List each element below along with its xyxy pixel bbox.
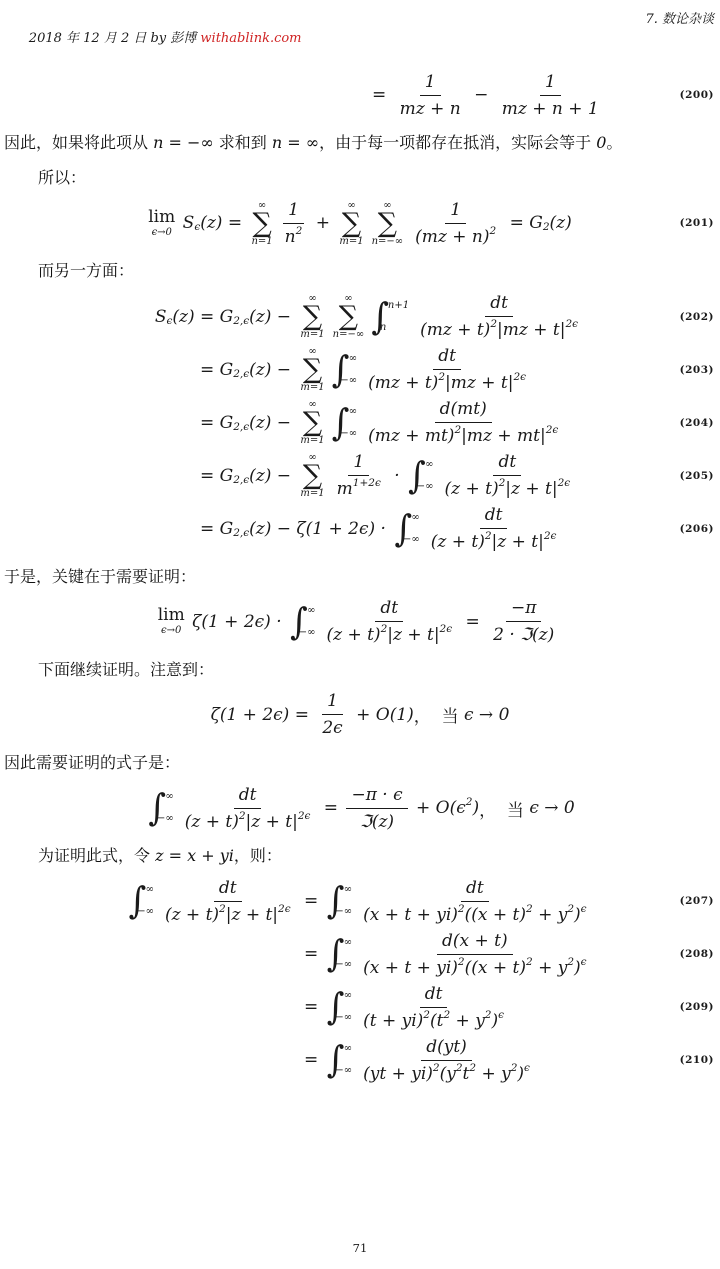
sum-lower-limit: m=1 <box>300 435 324 446</box>
site-link[interactable]: withablink.com <box>200 31 301 46</box>
integral-operator: ∫n+1n <box>371 300 409 334</box>
subscript: 2,ϵ <box>233 421 249 433</box>
summation-operator: ∞∑m=1 <box>339 200 363 248</box>
summation-operator: ∞∑n=−∞ <box>333 293 365 341</box>
equation-rhs: ∫∞−∞dt(z + t)2|z + t|2ϵ = −π · ϵℑ(z) + O… <box>145 785 574 832</box>
integral-upper-limit: ∞ <box>425 460 433 470</box>
math-text: (z + t) <box>444 479 498 499</box>
math-text: = <box>460 612 485 632</box>
superscript: ϵ <box>581 956 587 968</box>
paragraph: 因此需要证明的式子是： <box>0 751 720 774</box>
fraction: d(mt)(mz + mt)2|mz + mt|2ϵ <box>363 399 563 446</box>
integral-limits: ∞−∞ <box>343 990 352 1024</box>
equation-number: (207) <box>680 895 714 907</box>
sum-symbol-icon: ∑ <box>303 357 322 383</box>
integral-upper-limit: ∞ <box>349 407 357 417</box>
fraction: dt(mz + t)2|mz + t|2ϵ <box>363 346 531 393</box>
math-text: (x + t + yi) <box>363 905 458 925</box>
math-text: (z + t) <box>165 905 219 925</box>
sum-symbol-icon: ∑ <box>303 304 322 330</box>
math-text: (y <box>440 1064 456 1084</box>
document-body: = 1mz + n − 1mz + n + 1(200)因此，如果将此项从 n … <box>0 71 720 1084</box>
equation-rhs: ζ(1 + 2ϵ) = 12ϵ + O(1)， 当 ϵ → 0 <box>211 691 510 738</box>
subscript: 2 <box>543 222 550 234</box>
limit-operator: limϵ→0 <box>148 209 175 238</box>
numerator: d(yt) <box>421 1037 472 1061</box>
math-text: dt <box>490 293 508 313</box>
integral-symbol-icon: ∫ <box>327 936 345 973</box>
math-text: (z) <box>550 213 572 233</box>
cjk-text: ， 当 <box>414 702 464 727</box>
superscript: 2 <box>526 956 533 968</box>
numerator: dt <box>480 505 508 529</box>
sum-symbol-icon: ∑ <box>303 463 322 489</box>
math-text: S <box>155 307 167 327</box>
superscript: ϵ <box>581 903 587 915</box>
superscript: 2 <box>219 903 226 915</box>
denominator: (z + t)2|z + t|2ϵ <box>426 529 562 552</box>
equation-block: ∫∞−∞dt(z + t)2|z + t|2ϵ = −π · ϵℑ(z) + O… <box>0 784 720 832</box>
sum-symbol-icon: ∑ <box>342 211 361 237</box>
superscript: 2 <box>443 1009 450 1021</box>
math-text: 2 · ℑ(z) <box>493 625 554 645</box>
math-text: = <box>372 85 392 105</box>
superscript: 2ϵ <box>565 318 578 330</box>
equation-number: (203) <box>680 364 714 376</box>
math-text: 1 <box>450 200 461 220</box>
math-text: = <box>318 798 343 818</box>
cjk-text: ，则： <box>234 846 282 865</box>
paragraph: 因此，如果将此项从 n = −∞ 求和到 n = ∞，由于每一项都存在抵消，实际… <box>0 131 720 154</box>
equation-rhs: = G2,ϵ(z) − ∞∑m=1∞∑n=−∞∫n+1ndt(mz + t)2|… <box>200 293 586 341</box>
math-text: + <box>310 213 335 233</box>
fraction: 1n2 <box>280 200 308 247</box>
denominator: ℑ(z) <box>355 809 399 832</box>
superscript: 2 <box>469 1062 476 1074</box>
math-text: 2ϵ <box>322 718 342 738</box>
page-header: 2018 年 12 月 2 日 by 彭博 withablink.com 7. … <box>0 6 720 61</box>
math-text: + y <box>476 1064 511 1084</box>
math-text: 1 <box>545 72 556 92</box>
equation-row: limϵ→0 ζ(1 + 2ϵ) · ∫∞−∞dt(z + t)2|z + t|… <box>0 598 720 646</box>
fraction: 1mz + n <box>395 72 466 119</box>
integral-limits: ∞−∞ <box>343 1043 352 1077</box>
sum-lower-limit: n=1 <box>251 236 272 247</box>
subscript: ϵ <box>166 315 172 327</box>
denominator: (z + t)2|z + t|2ϵ <box>321 622 457 645</box>
math-text: ((x + t) <box>465 958 526 978</box>
integral-operator: ∫∞−∞ <box>394 512 419 546</box>
lim-word: lim <box>158 607 185 624</box>
denominator: n2 <box>280 224 308 247</box>
denominator: mz + n + 1 <box>497 96 604 119</box>
header-date-author: 2018 年 12 月 2 日 by 彭博 withablink.com <box>4 12 302 61</box>
summation-operator: ∞∑m=1 <box>300 399 324 447</box>
superscript: 2 <box>567 956 574 968</box>
math-text: (mz + n) <box>415 227 489 247</box>
superscript: 2 <box>567 903 574 915</box>
equation-row: = 1mz + n − 1mz + n + 1(200) <box>0 71 720 119</box>
math-text: ) <box>472 798 479 818</box>
integral-symbol-icon: ∫ <box>371 298 389 335</box>
equation-number: (206) <box>680 523 714 535</box>
cjk-text: ， 当 <box>479 796 529 821</box>
fraction: dt(z + t)2|z + t|2ϵ <box>160 878 296 925</box>
math-text: = G <box>200 413 233 433</box>
sum-lower-limit: n=−∞ <box>333 329 365 340</box>
superscript: 2 <box>454 424 461 436</box>
math-text: (t <box>430 1011 443 1031</box>
numerator: dt <box>433 346 461 370</box>
numerator: 1 <box>540 72 561 96</box>
cjk-text: 因此，如果将此项从 <box>4 133 153 152</box>
math-text: 1 <box>353 452 364 472</box>
math-text: + O(1) <box>351 705 414 725</box>
equation-rhs: = G2,ϵ(z) − ∞∑m=11m1+2ϵ · ∫∞−∞dt(z + t)2… <box>200 452 578 500</box>
integral-upper-limit: ∞ <box>344 885 352 895</box>
superscript: 2 <box>485 1009 492 1021</box>
fraction: dt(z + t)2|z + t|2ϵ <box>439 452 575 499</box>
equation-number: (201) <box>680 217 714 229</box>
math-text: (yt + yi) <box>363 1064 433 1084</box>
equation-rhs: = ∫∞−∞d(yt)(yt + yi)2(y2t2 + y2)ϵ <box>304 1037 538 1084</box>
math-text: (t + yi) <box>363 1011 423 1031</box>
integral-operator: ∫∞−∞ <box>327 884 352 918</box>
math-text: |mz + t| <box>497 320 565 340</box>
integral-operator: ∫∞−∞ <box>332 406 357 440</box>
math-text: = G <box>504 213 543 233</box>
math-text: m <box>337 479 353 499</box>
cjk-text: 为证明此式，令 <box>38 846 155 865</box>
math-text: (z + t) <box>185 812 239 832</box>
equation-rhs: = ∫∞−∞d(x + t)(x + t + yi)2((x + t)2 + y… <box>304 931 595 978</box>
integral-limits: ∞−∞ <box>425 459 434 493</box>
sum-symbol-icon: ∑ <box>339 304 358 330</box>
paragraph: 为证明此式，令 z = x + yi，则： <box>0 844 720 867</box>
header-date-text: 2018 年 12 月 2 日 by 彭博 <box>29 31 201 46</box>
equation-number: (200) <box>680 89 714 101</box>
equation-block: limϵ→0 ζ(1 + 2ϵ) · ∫∞−∞dt(z + t)2|z + t|… <box>0 598 720 646</box>
equation-number: (202) <box>680 311 714 323</box>
fraction: dt(z + t)2|z + t|2ϵ <box>321 598 457 645</box>
integral-operator: ∫∞−∞ <box>148 791 173 825</box>
numerator: dt <box>485 293 513 317</box>
summation-operator: ∞∑m=1 <box>300 293 324 341</box>
integral-upper-limit: ∞ <box>349 354 357 364</box>
math-text: d(x + t) <box>442 931 508 951</box>
math-text: |z + t| <box>226 905 278 925</box>
inline-math: z = x + yi <box>155 846 234 865</box>
denominator: (x + t + yi)2((x + t)2 + y2)ϵ <box>358 902 591 925</box>
fraction: −π2 · ℑ(z) <box>488 598 559 645</box>
denominator: (mz + t)2|mz + t|2ϵ <box>363 370 531 393</box>
equation-rhs: = G2,ϵ(z) − ζ(1 + 2ϵ) · ∫∞−∞dt(z + t)2|z… <box>200 505 564 552</box>
fraction: dt(mz + t)2|mz + t|2ϵ <box>415 293 583 340</box>
equation-lhs: Sϵ(z) <box>148 307 200 327</box>
sum-lower-limit: n=−∞ <box>372 236 404 247</box>
denominator: mz + n <box>395 96 466 119</box>
superscript: 2ϵ <box>298 810 311 822</box>
equation-rhs: = G2,ϵ(z) − ∞∑m=1∫∞−∞d(mt)(mz + mt)2|mz … <box>200 399 566 447</box>
cjk-text: 求和到 <box>214 133 272 152</box>
math-text: + y <box>533 905 568 925</box>
equation-row: = G2,ϵ(z) − ∞∑m=1∫∞−∞dt(mz + t)2|mz + t|… <box>0 346 720 394</box>
fraction: 1mz + n + 1 <box>497 72 604 119</box>
superscript: 2 <box>239 810 246 822</box>
sum-symbol-icon: ∑ <box>303 410 322 436</box>
integral-symbol-icon: ∫ <box>332 351 350 388</box>
integral-symbol-icon: ∫ <box>332 404 350 441</box>
superscript: 2 <box>466 796 473 808</box>
equation-number: (205) <box>680 470 714 482</box>
inline-math: n = ∞ <box>272 133 319 152</box>
math-text: 1 <box>288 200 299 220</box>
equation-block: ∫∞−∞dt(z + t)2|z + t|2ϵ = ∫∞−∞dt(x + t +… <box>0 877 720 1084</box>
denominator: (mz + t)2|mz + t|2ϵ <box>415 317 583 340</box>
math-text: ζ(1 + 2ϵ) · <box>187 612 287 632</box>
equation-row: = G2,ϵ(z) − ∞∑m=11m1+2ϵ · ∫∞−∞dt(z + t)2… <box>0 452 720 500</box>
denominator: (mz + n)2 <box>410 224 501 247</box>
math-text: (z + t) <box>431 532 485 552</box>
equation-rhs: limϵ→0 ζ(1 + 2ϵ) · ∫∞−∞dt(z + t)2|z + t|… <box>158 598 563 645</box>
math-text: (z) − ζ(1 + 2ϵ) · <box>249 519 391 539</box>
fraction: dt(z + t)2|z + t|2ϵ <box>180 785 316 832</box>
equation-row: = ∫∞−∞d(x + t)(x + t + yi)2((x + t)2 + y… <box>0 930 720 978</box>
fraction: 1m1+2ϵ <box>332 452 386 499</box>
superscript: 2ϵ <box>558 477 571 489</box>
integral-operator: ∫∞−∞ <box>327 1043 352 1077</box>
subscript: ϵ <box>194 222 200 234</box>
fraction: d(yt)(yt + yi)2(y2t2 + y2)ϵ <box>358 1037 535 1084</box>
denominator: (z + t)2|z + t|2ϵ <box>180 809 316 832</box>
sum-lower-limit: m=1 <box>300 382 324 393</box>
equation-row: = ∫∞−∞dt(t + yi)2(t2 + y2)ϵ(209) <box>0 983 720 1031</box>
superscript: 2 <box>485 530 492 542</box>
summation-operator: ∞∑m=1 <box>300 452 324 500</box>
math-text: n <box>285 227 296 247</box>
fraction: dt(t + yi)2(t2 + y2)ϵ <box>358 984 509 1031</box>
numerator: 1 <box>283 200 304 224</box>
integral-limits: ∞−∞ <box>307 605 316 639</box>
equation-rhs: limϵ→0 Sϵ(z) = ∞∑n=11n2 + ∞∑m=1∞∑n=−∞1(m… <box>148 200 571 248</box>
math-text: (mz + t) <box>420 320 490 340</box>
paragraph: 于是，关键在于需要证明： <box>0 565 720 588</box>
math-text: |z + t| <box>505 479 557 499</box>
fraction: d(x + t)(x + t + yi)2((x + t)2 + y2)ϵ <box>358 931 591 978</box>
sum-lower-limit: m=1 <box>339 236 363 247</box>
math-text: dt <box>438 346 456 366</box>
equation-number: (210) <box>680 1054 714 1066</box>
equation-row: Sϵ(z) = G2,ϵ(z) − ∞∑m=1∞∑n=−∞∫n+1ndt(mz … <box>0 293 720 341</box>
equation-row: ∫∞−∞dt(z + t)2|z + t|2ϵ = ∫∞−∞dt(x + t +… <box>0 877 720 925</box>
math-text: (z) − <box>249 360 296 380</box>
math-text: ζ(1 + 2ϵ) = <box>211 705 315 725</box>
integral-operator: ∫∞−∞ <box>332 353 357 387</box>
cjk-text: 于是，关键在于需要证明： <box>4 567 196 586</box>
math-text: ) <box>574 905 581 925</box>
numerator: dt <box>461 878 489 902</box>
integral-symbol-icon: ∫ <box>290 603 308 640</box>
integral-operator: ∫∞−∞ <box>408 459 433 493</box>
superscript: 2 <box>456 1062 463 1074</box>
sum-symbol-icon: ∑ <box>252 211 271 237</box>
superscript: 2 <box>526 903 533 915</box>
integral-operator: ∫∞−∞ <box>327 937 352 971</box>
superscript: 2ϵ <box>544 530 557 542</box>
denominator: (yt + yi)2(y2t2 + y2)ϵ <box>358 1061 535 1084</box>
integral-upper-limit: ∞ <box>344 938 352 948</box>
fraction: 1(mz + n)2 <box>410 200 501 247</box>
superscript: 2 <box>296 225 303 237</box>
integral-limits: ∞−∞ <box>411 512 420 546</box>
math-text: 1 <box>425 72 436 92</box>
summation-operator: ∞∑n=1 <box>251 200 272 248</box>
summation-operator: ∞∑n=−∞ <box>372 200 404 248</box>
numerator: dt <box>493 452 521 476</box>
integral-limits: ∞−∞ <box>348 353 357 387</box>
equation-lhs: ∫∞−∞dt(z + t)2|z + t|2ϵ <box>106 878 304 925</box>
equation-block: = 1mz + n − 1mz + n + 1(200) <box>0 71 720 119</box>
math-text: |z + t| <box>492 532 544 552</box>
cjk-text: ，由于每一项都存在抵消，实际会等于 <box>319 133 596 152</box>
numerator: −π · ϵ <box>346 785 407 809</box>
math-text: = G <box>200 360 233 380</box>
math-text: (z) − <box>249 307 296 327</box>
superscript: 2 <box>438 371 445 383</box>
numerator: −π <box>506 598 541 622</box>
math-text: ((x + t) <box>465 905 526 925</box>
math-text: dt <box>239 785 257 805</box>
math-text: dt <box>425 984 443 1004</box>
integral-upper-limit: ∞ <box>344 1044 352 1054</box>
math-text: = <box>304 891 324 911</box>
numerator: d(x + t) <box>437 931 513 955</box>
integral-limits: ∞−∞ <box>343 884 352 918</box>
integral-limits: ∞−∞ <box>343 937 352 971</box>
math-text: (z) − <box>249 413 296 433</box>
integral-symbol-icon: ∫ <box>394 510 412 547</box>
inline-math: n = −∞ <box>153 133 214 152</box>
math-text: (x + t + yi) <box>363 958 458 978</box>
math-text: = G <box>200 466 233 486</box>
cjk-text: 。 <box>606 133 622 152</box>
equation-row: = G2,ϵ(z) − ζ(1 + 2ϵ) · ∫∞−∞dt(z + t)2|z… <box>0 505 720 553</box>
math-text: |z + t| <box>246 812 298 832</box>
document-page: 2018 年 12 月 2 日 by 彭博 withablink.com 7. … <box>0 0 720 1269</box>
equation-row: = ∫∞−∞d(yt)(yt + yi)2(y2t2 + y2)ϵ(210) <box>0 1036 720 1084</box>
math-text: ) <box>574 958 581 978</box>
numerator: 1 <box>348 452 369 476</box>
subscript: 2,ϵ <box>233 315 249 327</box>
math-text: −π <box>511 598 536 618</box>
superscript: ϵ <box>498 1009 504 1021</box>
math-text: dt <box>380 598 398 618</box>
superscript: 2 <box>489 225 496 237</box>
numerator: 1 <box>322 691 343 715</box>
math-text: + O(ϵ <box>411 798 466 818</box>
integral-symbol-icon: ∫ <box>327 989 345 1026</box>
denominator: (z + t)2|z + t|2ϵ <box>160 902 296 925</box>
math-text: (z) <box>172 307 200 327</box>
superscript: 2 <box>490 318 497 330</box>
paragraph: 下面继续证明。注意到： <box>0 658 720 681</box>
integral-upper-limit: ∞ <box>307 606 315 616</box>
superscript: 2 <box>381 623 388 635</box>
math-text: ϵ → 0 <box>529 798 574 818</box>
inline-math: 0 <box>596 133 606 152</box>
equation-number: (209) <box>680 1001 714 1013</box>
integral-limits: n+1n <box>388 300 409 334</box>
math-text: dt <box>219 878 237 898</box>
math-text: − <box>469 85 494 105</box>
denominator: 2ϵ <box>317 715 347 738</box>
denominator: (t + yi)2(t2 + y2)ϵ <box>358 1008 509 1031</box>
math-text: (mz + mt) <box>368 426 454 446</box>
math-text: ) <box>517 1064 524 1084</box>
superscript: 2ϵ <box>546 424 559 436</box>
math-text: = G <box>200 307 233 327</box>
integral-limits: ∞−∞ <box>165 791 174 825</box>
equation-number: (208) <box>680 948 714 960</box>
superscript: 2ϵ <box>278 903 291 915</box>
equation-row: limϵ→0 Sϵ(z) = ∞∑n=11n2 + ∞∑m=1∞∑n=−∞1(m… <box>0 199 720 247</box>
integral-limits: ∞−∞ <box>145 884 154 918</box>
denominator: (x + t + yi)2((x + t)2 + y2)ϵ <box>358 955 591 978</box>
summation-operator: ∞∑m=1 <box>300 346 324 394</box>
equation-block: ζ(1 + 2ϵ) = 12ϵ + O(1)， 当 ϵ → 0 <box>0 691 720 739</box>
cjk-text: 而另一方面： <box>38 261 134 280</box>
integral-symbol-icon: ∫ <box>327 1042 345 1079</box>
math-text: mz + n <box>400 99 461 119</box>
math-text: = <box>304 944 324 964</box>
integral-symbol-icon: ∫ <box>148 790 166 827</box>
header-section-title: 7. 数论杂谈 <box>645 8 714 27</box>
sum-lower-limit: m=1 <box>300 488 324 499</box>
math-text: = <box>304 1050 324 1070</box>
sum-symbol-icon: ∑ <box>378 211 397 237</box>
lim-word: lim <box>148 209 175 226</box>
superscript: 2 <box>458 956 465 968</box>
math-text: · <box>389 466 405 486</box>
math-text: ) <box>491 1011 498 1031</box>
superscript: 1+2ϵ <box>353 477 381 489</box>
math-text: |z + t| <box>387 625 439 645</box>
superscript: 2 <box>499 477 506 489</box>
math-text: S <box>177 213 194 233</box>
numerator: d(mt) <box>435 399 492 423</box>
math-text: |mz + t| <box>445 373 513 393</box>
equation-row: ∫∞−∞dt(z + t)2|z + t|2ϵ = −π · ϵℑ(z) + O… <box>0 784 720 832</box>
math-text: (z + t) <box>326 625 380 645</box>
equation-block: Sϵ(z) = G2,ϵ(z) − ∞∑m=1∞∑n=−∞∫n+1ndt(mz … <box>0 293 720 553</box>
math-text: (z) = <box>200 213 247 233</box>
equation-row: ζ(1 + 2ϵ) = 12ϵ + O(1)， 当 ϵ → 0 <box>0 691 720 739</box>
superscript: 2ϵ <box>513 371 526 383</box>
superscript: 2 <box>433 1062 440 1074</box>
numerator: 1 <box>445 200 466 224</box>
superscript: 2ϵ <box>440 623 453 635</box>
integral-upper-limit: ∞ <box>411 513 419 523</box>
fraction: dt(z + t)2|z + t|2ϵ <box>426 505 562 552</box>
math-text: = <box>304 997 324 1017</box>
cjk-text: 因此需要证明的式子是： <box>4 753 180 772</box>
math-text: ϵ → 0 <box>464 705 509 725</box>
math-text: d(mt) <box>440 399 487 419</box>
integral-upper-limit: ∞ <box>146 885 154 895</box>
equation-block: limϵ→0 Sϵ(z) = ∞∑n=11n2 + ∞∑m=1∞∑n=−∞1(m… <box>0 199 720 247</box>
cjk-text: 下面继续证明。注意到： <box>38 660 214 679</box>
page-number: 71 <box>0 1241 720 1255</box>
